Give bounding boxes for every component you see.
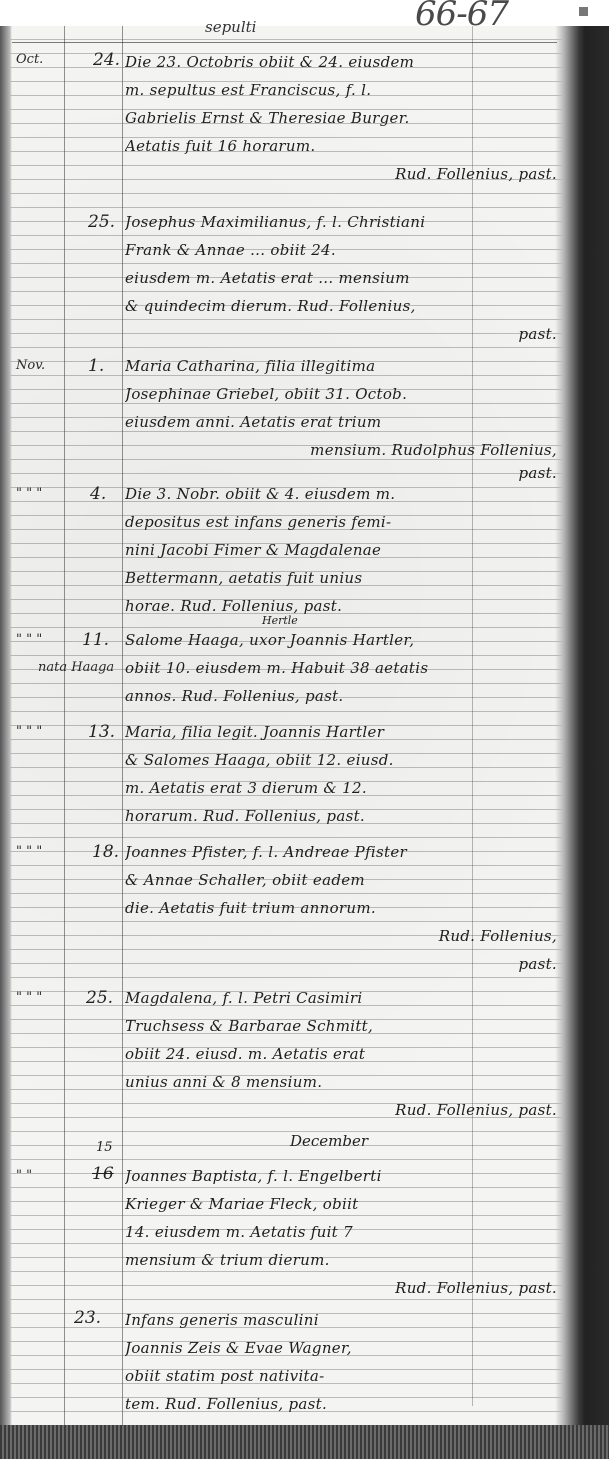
- entry-line: nini Jacobi Fimer & Magdalenae: [125, 536, 565, 564]
- entry-line: Josephinae Griebel, obiit 31. Octob.: [125, 380, 565, 408]
- entry-day: 1.: [88, 356, 104, 376]
- entry-text: Josephus Maximilianus, f. l. Christiani …: [125, 208, 565, 348]
- entry-line: Gabrielis Ernst & Theresiae Burger.: [125, 104, 565, 132]
- entry-day: 4.: [90, 484, 106, 504]
- entry-day-struck: 16: [92, 1164, 114, 1184]
- entry-line: & Annae Schaller, obiit eadem: [125, 866, 565, 894]
- entry-line: & Salomes Haaga, obiit 12. eiusd.: [125, 746, 565, 774]
- column-header: sepulti: [205, 18, 256, 36]
- entry-line: depositus est infans generis femi-: [125, 508, 565, 536]
- entry-signature: mensium. Rudolphus Follenius,: [125, 436, 565, 464]
- scan-left-edge: [0, 26, 12, 1426]
- entry-line: Krieger & Mariae Fleck, obiit: [125, 1190, 565, 1218]
- column-rule-day: [122, 26, 123, 1426]
- column-rule-month: [64, 26, 65, 1426]
- entry-signature: past.: [125, 320, 565, 348]
- month-heading: December: [290, 1132, 368, 1150]
- entry-ditto: " " ": [16, 724, 42, 739]
- entry-line: Joannis Zeis & Evae Wagner,: [125, 1334, 565, 1362]
- entry-line: Die 3. Nobr. obiit & 4. eiusdem m.: [125, 480, 565, 508]
- entry-line: Maria Catharina, filia illegitima: [125, 352, 565, 380]
- header-rule: [12, 42, 557, 43]
- entry-line: die. Aetatis fuit trium annorum.: [125, 894, 565, 922]
- entry-signature: Rud. Follenius, past.: [125, 1096, 565, 1124]
- entry-line: Joannes Baptista, f. l. Engelberti: [125, 1162, 565, 1190]
- entry-line: tem. Rud. Follenius, past.: [125, 1390, 565, 1418]
- entry-text: Joannes Baptista, f. l. Engelberti Krieg…: [125, 1162, 565, 1302]
- entry-line: eiusdem m. Aetatis erat ... mensium: [125, 264, 565, 292]
- entry-line: Salome Haaga, uxor Joannis Hartler,: [125, 626, 565, 654]
- entry-text: Magdalena, f. l. Petri Casimiri Truchses…: [125, 984, 565, 1124]
- entry-line: obiit 24. eiusd. m. Aetatis erat: [125, 1040, 565, 1068]
- entry-line: horae. Rud. Follenius, past.: [125, 592, 565, 620]
- entry-day-corrected: 15: [96, 1140, 113, 1155]
- entry-line: Aetatis fuit 16 horarum.: [125, 132, 565, 160]
- entry-line: m. Aetatis erat 3 dierum & 12.: [125, 774, 565, 802]
- entry-day: 13.: [88, 722, 115, 742]
- entry-line: eiusdem anni. Aetatis erat trium: [125, 408, 565, 436]
- entry-margin-note: nata Haaga: [38, 660, 114, 675]
- entry-line: Magdalena, f. l. Petri Casimiri: [125, 984, 565, 1012]
- entry-line: obiit 10. eiusdem m. Habuit 38 aetatis: [125, 654, 565, 682]
- scan-bottom-edge: [0, 1425, 609, 1467]
- entry-line: Frank & Annae ... obiit 24.: [125, 236, 565, 264]
- entry-ditto: " " ": [16, 632, 42, 647]
- entry-signature: Rud. Follenius, past.: [125, 1274, 565, 1302]
- entry-ditto: " ": [16, 1168, 32, 1183]
- entry-line: Bettermann, aetatis fuit unius: [125, 564, 565, 592]
- entry-line: obiit statim post nativita-: [125, 1362, 565, 1390]
- entry-line: horarum. Rud. Follenius, past.: [125, 802, 565, 830]
- page-number: 66-67: [415, 0, 508, 34]
- entry-line: Truchsess & Barbarae Schmitt,: [125, 1012, 565, 1040]
- entry-day: 18.: [92, 842, 119, 862]
- entry-line: mensium & trium dierum.: [125, 1246, 565, 1274]
- entry-day: 23.: [74, 1308, 101, 1328]
- entry-text: Joannes Pfister, f. l. Andreae Pfister &…: [125, 838, 565, 978]
- entry-text: Die 3. Nobr. obiit & 4. eiusdem m. depos…: [125, 480, 565, 620]
- entry-month: Oct.: [16, 52, 43, 67]
- entry-text: Maria Catharina, filia illegitima Joseph…: [125, 352, 565, 482]
- entry-line: Joannes Pfister, f. l. Andreae Pfister: [125, 838, 565, 866]
- entry-ditto: " " ": [16, 990, 42, 1005]
- entry-line: Infans generis masculini: [125, 1306, 565, 1334]
- entry-line: m. sepultus est Franciscus, f. l.: [125, 76, 565, 104]
- entry-line: unius anni & 8 mensium.: [125, 1068, 565, 1096]
- entry-line: Maria, filia legit. Joannis Hartler: [125, 718, 565, 746]
- entry-line: annos. Rud. Follenius, past.: [125, 682, 565, 710]
- entry-day: 24.: [93, 50, 120, 70]
- entry-line: 14. eiusdem m. Aetatis fuit 7: [125, 1218, 565, 1246]
- entry-text: Die 23. Octobris obiit & 24. eiusdem m. …: [125, 48, 565, 188]
- entry-day: 11.: [82, 630, 109, 650]
- entry-text: Infans generis masculini Joannis Zeis & …: [125, 1306, 565, 1418]
- entry-signature: Rud. Follenius,: [125, 922, 565, 950]
- entry-day: 25.: [86, 988, 113, 1008]
- entry-line: Josephus Maximilianus, f. l. Christiani: [125, 208, 565, 236]
- entry-ditto: " " ": [16, 844, 42, 859]
- entry-text: Maria, filia legit. Joannis Hartler & Sa…: [125, 718, 565, 830]
- entry-ditto: " " ": [16, 486, 42, 501]
- entry-day: 25.: [88, 212, 115, 232]
- entry-text: Salome Haaga, uxor Joannis Hartler, obii…: [125, 626, 565, 710]
- scan-corner-mark: [579, 7, 588, 16]
- entry-month: Nov.: [16, 358, 45, 373]
- entry-signature: Rud. Follenius, past.: [125, 160, 565, 188]
- entry-line: Die 23. Octobris obiit & 24. eiusdem: [125, 48, 565, 76]
- entry-signature-title: past.: [125, 950, 565, 978]
- entry-line: & quindecim dierum. Rud. Follenius,: [125, 292, 565, 320]
